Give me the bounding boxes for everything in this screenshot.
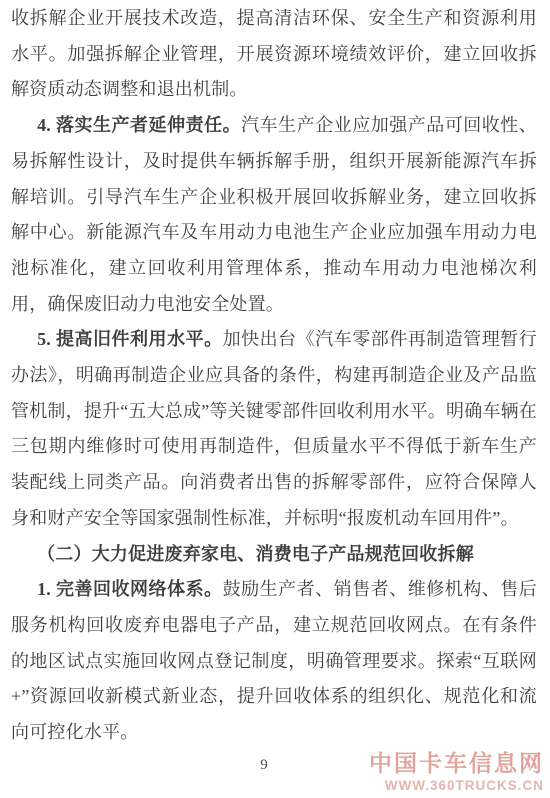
paragraph-item-4: 4. 落实生产者延伸责任。汽车生产企业应加强产品可回收性、易拆解性设计，及时提供… [11, 108, 537, 322]
item-text: 汽车生产企业应加强产品可回收性、易拆解性设计，及时提供车辆拆解手册，组织开展新能… [11, 115, 537, 314]
item-text: 鼓励生产者、销售者、维修机构、售后服务机构回收废弃电器电子产品，建立规范回收网点… [11, 579, 537, 742]
section-heading-text: （二）大力促进废弃家电、消费电子产品规范回收拆解 [37, 544, 474, 564]
document-page: 收拆解企业开展技术改造，提高清洁环保、安全生产和资源利用水平。加强拆解企业管理，… [0, 0, 550, 798]
document-body: 收拆解企业开展技术改造，提高清洁环保、安全生产和资源利用水平。加强拆解企业管理，… [11, 1, 537, 751]
watermark-site-url: WWW.360TRUCKS.CN [369, 777, 544, 794]
paragraph-item-1: 1. 完善回收网络体系。鼓励生产者、销售者、维修机构、售后服务机构回收废弃电器电… [11, 572, 537, 751]
section-heading: （二）大力促进废弃家电、消费电子产品规范回收拆解 [11, 537, 537, 573]
item-lead: 1. 完善回收网络体系。 [37, 579, 223, 599]
page-number: 9 [11, 757, 517, 774]
item-text: 加快出台《汽车零部件再制造管理暂行办法》，明确再制造企业应具备的条件，构建再制造… [11, 329, 537, 528]
paragraph-continuation: 收拆解企业开展技术改造，提高清洁环保、安全生产和资源利用水平。加强拆解企业管理，… [11, 1, 537, 108]
paragraph-text: 收拆解企业开展技术改造，提高清洁环保、安全生产和资源利用水平。加强拆解企业管理，… [11, 8, 537, 99]
paragraph-item-5: 5. 提高旧件利用水平。加快出台《汽车零部件再制造管理暂行办法》，明确再制造企业… [11, 322, 537, 536]
item-lead: 4. 落实生产者延伸责任。 [37, 115, 241, 135]
item-lead: 5. 提高旧件利用水平。 [37, 329, 223, 349]
